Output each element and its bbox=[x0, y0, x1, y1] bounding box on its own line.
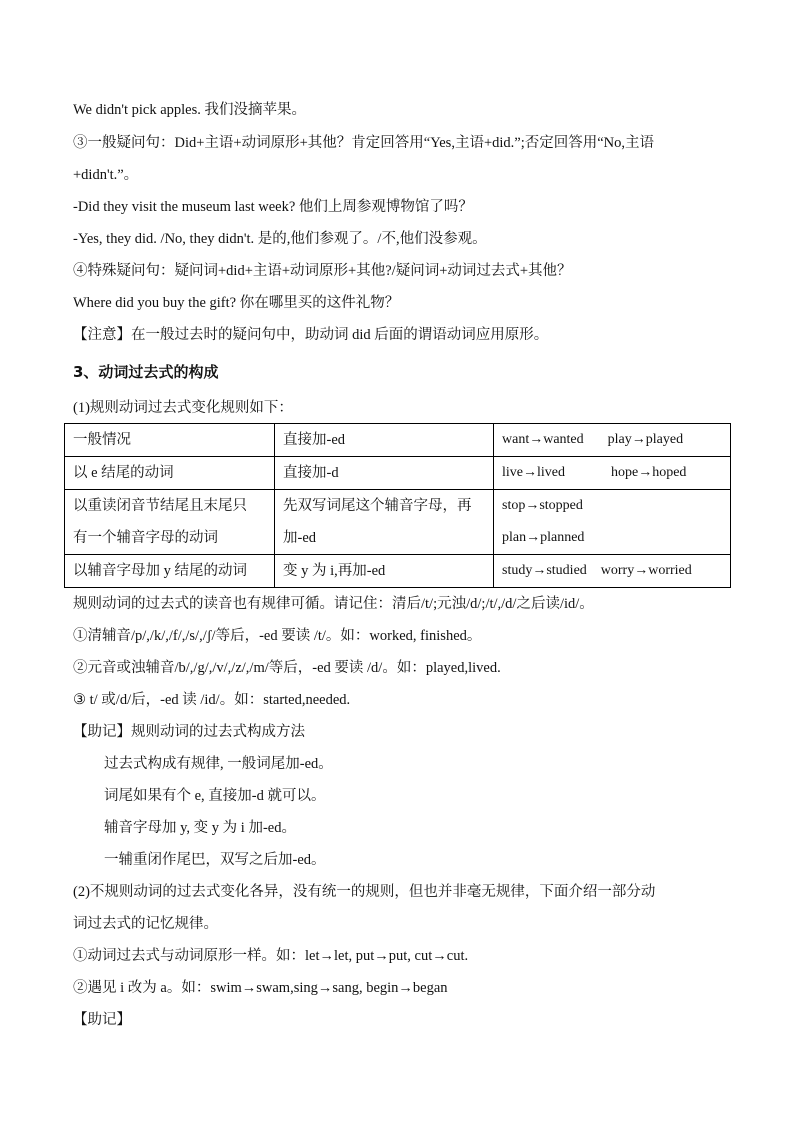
note-line: 【注意】在一般过去时的疑问句中，助动词 did 后面的谓语动词应用原形。 bbox=[73, 325, 548, 345]
table-intro: (1)规则动词过去式变化规则如下： bbox=[73, 398, 293, 418]
examples-cell: live→livedhope→hoped bbox=[494, 457, 731, 490]
examples-cell: want→wantedplay→played bbox=[494, 424, 731, 457]
text-line: -Yes, they did. /No, they didn't. 是的,他们参… bbox=[73, 229, 487, 249]
text-line: ③一般疑问句：Did+主语+动词原形+其他？肯定回答用“Yes,主语+did.”… bbox=[73, 133, 654, 153]
text-line: (2)不规则动词的过去式变化各异，没有统一的规则，但也并非毫无规律，下面介绍一部… bbox=[73, 882, 655, 902]
text-line: ④特殊疑问句：疑问词+did+主语+动词原形+其他?/疑问词+动词过去式+其他？ bbox=[73, 261, 572, 281]
example: study→studied bbox=[502, 555, 587, 587]
table-row: 一般情况 直接加-ed want→wantedplay→played bbox=[65, 424, 731, 457]
text-line: ③ t/ 或/d/后，-ed 读 /id/。如：started,needed. bbox=[73, 690, 350, 710]
rule-line: 加-ed bbox=[283, 522, 485, 554]
table-row: 以 e 结尾的动词 直接加-d live→livedhope→hoped bbox=[65, 457, 731, 490]
condition-line: 以重读闭音节结尾且末尾只 bbox=[73, 490, 266, 522]
example: stop→stopped bbox=[502, 490, 722, 522]
rule-cell: 直接加-d bbox=[275, 457, 494, 490]
text-line: 词过去式的记忆规律。 bbox=[73, 914, 218, 934]
text-line: ②元音或浊辅音/b/,/g/,/v/,/z/,/m/等后，-ed 要读 /d/。… bbox=[73, 658, 501, 678]
mnemonic-heading: 【助记】 bbox=[73, 1010, 131, 1030]
rule-cell: 变 y 为 i,再加-ed bbox=[275, 555, 494, 588]
example: live→lived bbox=[502, 457, 565, 489]
text-line: 规则动词的过去式的读音也有规律可循。请记住：清后/t/;元浊/d/;/t/,/d… bbox=[73, 594, 594, 614]
text-line: ①动词过去式与动词原形一样。如：let→let, put→put, cut→cu… bbox=[73, 946, 468, 966]
example: play→played bbox=[608, 424, 683, 456]
condition-cell: 以辅音字母加 y 结尾的动词 bbox=[65, 555, 275, 588]
text-line: -Did they visit the museum last week? 他们… bbox=[73, 197, 473, 217]
text-line: ②遇见 i 改为 a。如：swim→swam,sing→sang, begin→… bbox=[73, 978, 448, 998]
mnemonic-line: 辅音字母加 y, 变 y 为 i 加-ed。 bbox=[104, 818, 296, 838]
examples-cell: study→studiedworry→worried bbox=[494, 555, 731, 588]
table-row: 以重读闭音节结尾且末尾只 有一个辅音字母的动词 先双写词尾这个辅音字母，再 加-… bbox=[65, 490, 731, 555]
example: worry→worried bbox=[601, 555, 692, 587]
text-line: We didn't pick apples. 我们没摘苹果。 bbox=[73, 100, 306, 120]
regular-verb-rules-table: 一般情况 直接加-ed want→wantedplay→played 以 e 结… bbox=[64, 423, 731, 588]
section-heading: 3、动词过去式的构成 bbox=[73, 362, 218, 382]
example: want→wanted bbox=[502, 424, 584, 456]
condition-cell: 以重读闭音节结尾且末尾只 有一个辅音字母的动词 bbox=[65, 490, 275, 555]
condition-cell: 以 e 结尾的动词 bbox=[65, 457, 275, 490]
example: hope→hoped bbox=[611, 457, 686, 489]
mnemonic-line: 词尾如果有个 e, 直接加-d 就可以。 bbox=[104, 786, 326, 806]
example: plan→planned bbox=[502, 522, 722, 554]
text-line: Where did you buy the gift? 你在哪里买的这件礼物？ bbox=[73, 293, 399, 313]
text-line: +didn't.”。 bbox=[73, 165, 138, 185]
mnemonic-line: 一辅重闭作尾巴，双写之后加-ed。 bbox=[104, 850, 326, 870]
condition-line: 有一个辅音字母的动词 bbox=[73, 522, 266, 554]
condition-cell: 一般情况 bbox=[65, 424, 275, 457]
table-row: 以辅音字母加 y 结尾的动词 变 y 为 i,再加-ed study→studi… bbox=[65, 555, 731, 588]
rule-cell: 直接加-ed bbox=[275, 424, 494, 457]
rule-cell: 先双写词尾这个辅音字母，再 加-ed bbox=[275, 490, 494, 555]
mnemonic-line: 过去式构成有规律, 一般词尾加-ed。 bbox=[104, 754, 333, 774]
mnemonic-heading: 【助记】规则动词的过去式构成方法 bbox=[73, 722, 305, 742]
rule-line: 先双写词尾这个辅音字母，再 bbox=[283, 490, 485, 522]
examples-cell: stop→stopped plan→planned bbox=[494, 490, 731, 555]
text-line: ①清辅音/p/,/k/,/f/,/s/,/ʃ/等后，-ed 要读 /t/。如：w… bbox=[73, 626, 481, 646]
